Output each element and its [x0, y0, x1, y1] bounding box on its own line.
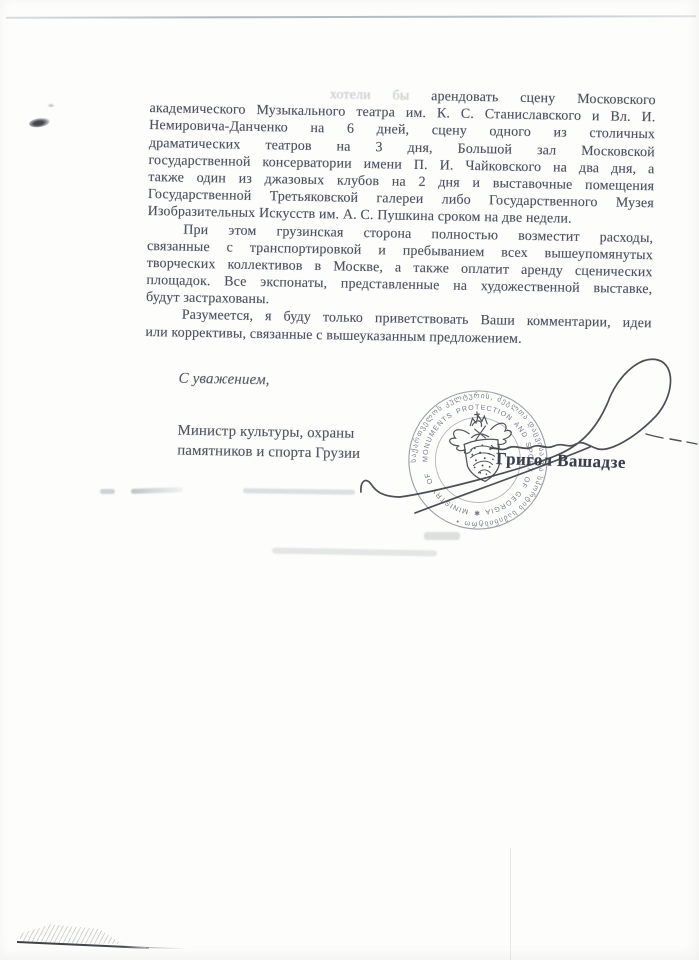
closing-salutation: С уважением,: [178, 371, 269, 390]
signature-lower-stroke: [415, 447, 590, 513]
sender-title-line: Министр культуры, охраны: [177, 422, 360, 445]
scan-streak: [131, 487, 183, 494]
sender-title-line: памятников и спорта Грузии: [177, 441, 360, 464]
page-corner-shadow: [20, 921, 122, 944]
scan-streak: [243, 488, 355, 495]
scan-fold-line: [510, 848, 511, 960]
signature-dash-stroke: [646, 434, 697, 444]
scan-top-edge-line: [6, 15, 696, 18]
letter-body: хотели бы арендовать сцену Московского а…: [145, 83, 656, 350]
page-bottom-edge-line-tail: [146, 947, 186, 950]
ink-smudge: [28, 116, 50, 128]
scan-streak: [424, 532, 460, 540]
scan-streak: [272, 548, 437, 557]
handwritten-signature: [350, 345, 699, 530]
ink-speck: [47, 103, 55, 108]
sender-title: Министр культуры, охраны памятников и сп…: [177, 422, 361, 464]
scan-streak: [100, 489, 115, 494]
scanned-letter-page: хотели бы арендовать сцену Московского а…: [0, 0, 699, 960]
faded-text-fragment: хотели бы: [330, 87, 432, 104]
